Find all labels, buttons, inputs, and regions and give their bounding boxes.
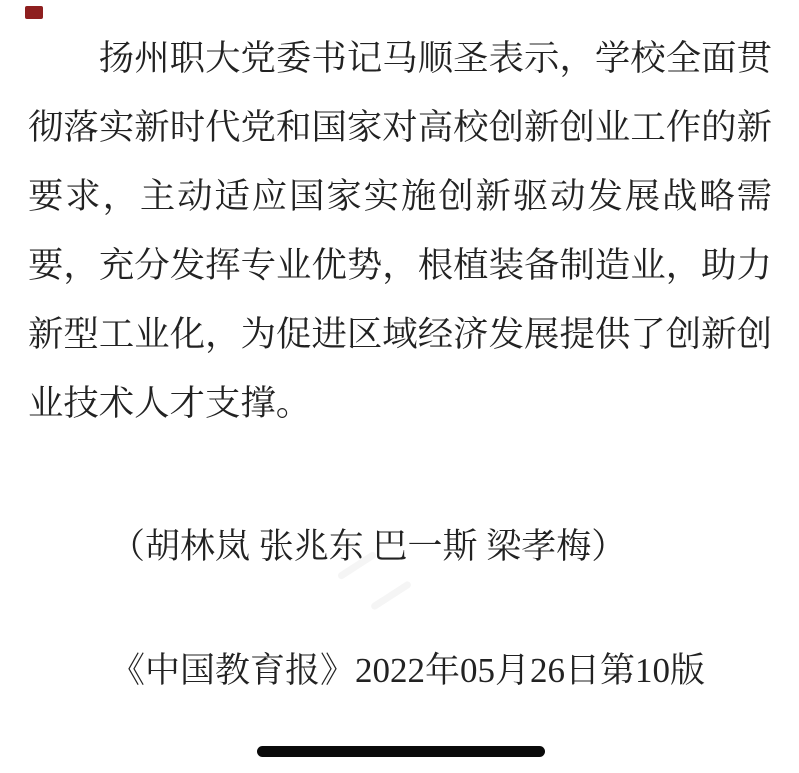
paragraph-line: 业技术人才支撑。 xyxy=(28,369,772,438)
author-byline: （胡林岚 张兆东 巴一斯 梁孝梅） xyxy=(110,512,626,581)
publication-source: 《中国教育报》2022年05月26日第10版 xyxy=(110,636,705,705)
paragraph-line: 要，充分发挥专业优势，根植装备制造业，助力 xyxy=(28,231,772,300)
paragraph-line: 要求，主动适应国家实施创新驱动发展战略需 xyxy=(28,162,772,231)
bottom-divider-bar xyxy=(257,746,545,757)
paragraph-line: 扬州职大党委书记马顺圣表示，学校全面贯 xyxy=(28,24,772,93)
paragraph-line: 彻落实新时代党和国家对高校创新创业工作的新 xyxy=(28,93,772,162)
paragraph-line: 新型工业化，为促进区域经济发展提供了创新创 xyxy=(28,300,772,369)
article-page: 扬州职大党委书记马顺圣表示，学校全面贯 彻落实新时代党和国家对高校创新创业工作的… xyxy=(0,0,799,773)
red-corner-marker xyxy=(25,6,43,19)
watermark-stroke xyxy=(370,580,412,611)
article-paragraph: 扬州职大党委书记马顺圣表示，学校全面贯 彻落实新时代党和国家对高校创新创业工作的… xyxy=(28,24,772,438)
